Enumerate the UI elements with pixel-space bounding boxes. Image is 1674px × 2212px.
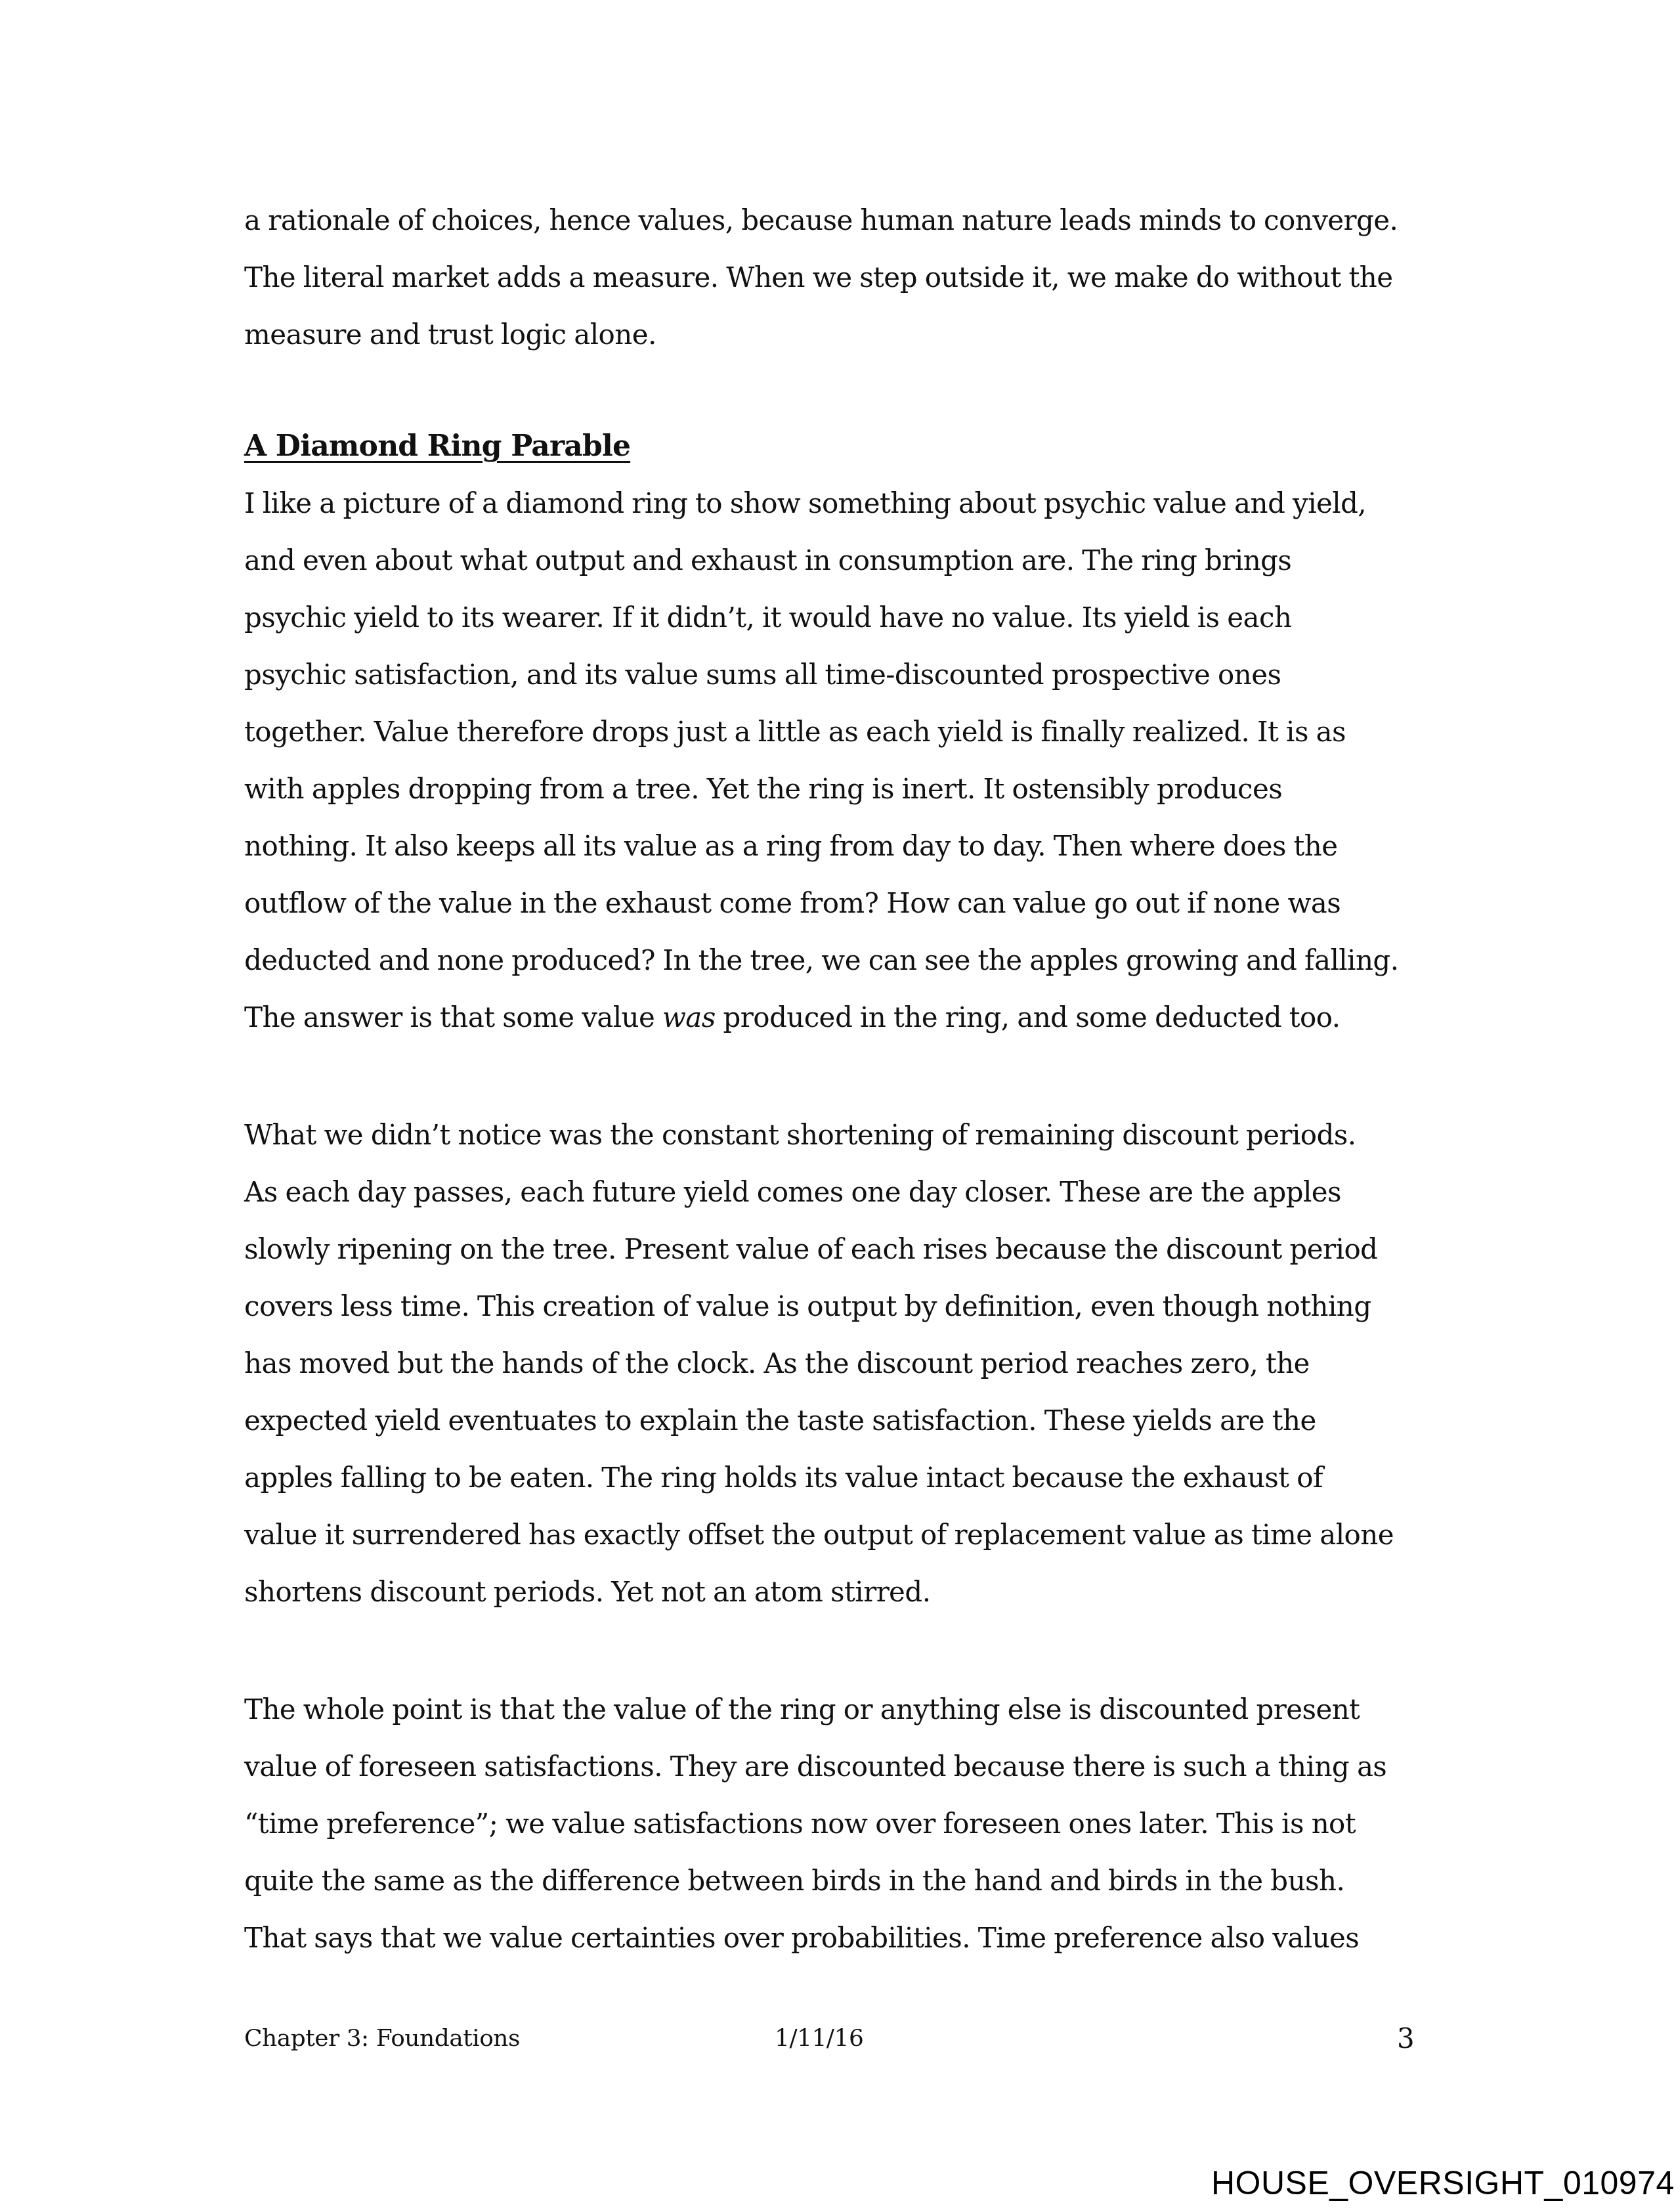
text-line: quite the same as the difference between… [244, 1852, 1426, 1909]
text-line: “time preference”; we value satisfaction… [244, 1795, 1426, 1852]
bates-stamp: HOUSE_OVERSIGHT_010974 [1211, 2160, 1674, 2206]
text-line: has moved but the hands of the clock. As… [244, 1335, 1426, 1392]
text-line: with apples dropping from a tree. Yet th… [244, 760, 1426, 817]
text-line: apples falling to be eaten. The ring hol… [244, 1449, 1426, 1506]
document-page: a rationale of choices, hence values, be… [0, 0, 1674, 2212]
text-segment: produced in the ring, and some deducted … [716, 1001, 1341, 1033]
text-line: The whole point is that the value of the… [244, 1681, 1426, 1738]
text-line: measure and trust logic alone. [244, 306, 1426, 363]
text-line: What we didn’t notice was the constant s… [244, 1106, 1426, 1163]
paragraph-diamond-ring: I like a picture of a diamond ring to sh… [244, 475, 1426, 1046]
text-line: I like a picture of a diamond ring to sh… [244, 475, 1426, 532]
text-line: slowly ripening on the tree. Present val… [244, 1221, 1426, 1278]
paragraph-time-preference: The whole point is that the value of the… [244, 1681, 1426, 1966]
emphasis-text: was [662, 1001, 716, 1033]
text-line: outflow of the value in the exhaust come… [244, 875, 1426, 932]
text-line: and even about what output and exhaust i… [244, 532, 1426, 589]
text-line: a rationale of choices, hence values, be… [244, 192, 1426, 249]
paragraph-discount-periods: What we didn’t notice was the constant s… [244, 1106, 1426, 1620]
text-line: together. Value therefore drops just a l… [244, 703, 1426, 760]
text-line: expected yield eventuates to explain the… [244, 1392, 1426, 1449]
text-line: That says that we value certainties over… [244, 1909, 1426, 1966]
text-line: covers less time. This creation of value… [244, 1278, 1426, 1335]
text-segment: The answer is that some value [244, 1001, 662, 1033]
text-line-with-emphasis: The answer is that some value was produc… [244, 989, 1426, 1046]
text-line: The literal market adds a measure. When … [244, 249, 1426, 306]
text-line: value it surrendered has exactly offset … [244, 1506, 1426, 1563]
footer-date: 1/11/16 [775, 2016, 863, 2062]
text-line: shortens discount periods. Yet not an at… [244, 1563, 1426, 1620]
section-heading: A Diamond Ring Parable [244, 418, 630, 475]
text-line: value of foreseen satisfactions. They ar… [244, 1738, 1426, 1795]
text-line: nothing. It also keeps all its value as … [244, 817, 1426, 875]
page-number: 3 [1397, 2016, 1414, 2062]
paragraph-intro: a rationale of choices, hence values, be… [244, 192, 1426, 363]
text-line: As each day passes, each future yield co… [244, 1163, 1426, 1221]
text-line: psychic yield to its wearer. If it didn’… [244, 589, 1426, 646]
text-line: psychic satisfaction, and its value sums… [244, 646, 1426, 703]
text-line: deducted and none produced? In the tree,… [244, 932, 1426, 989]
footer-chapter: Chapter 3: Foundations [244, 2016, 520, 2062]
